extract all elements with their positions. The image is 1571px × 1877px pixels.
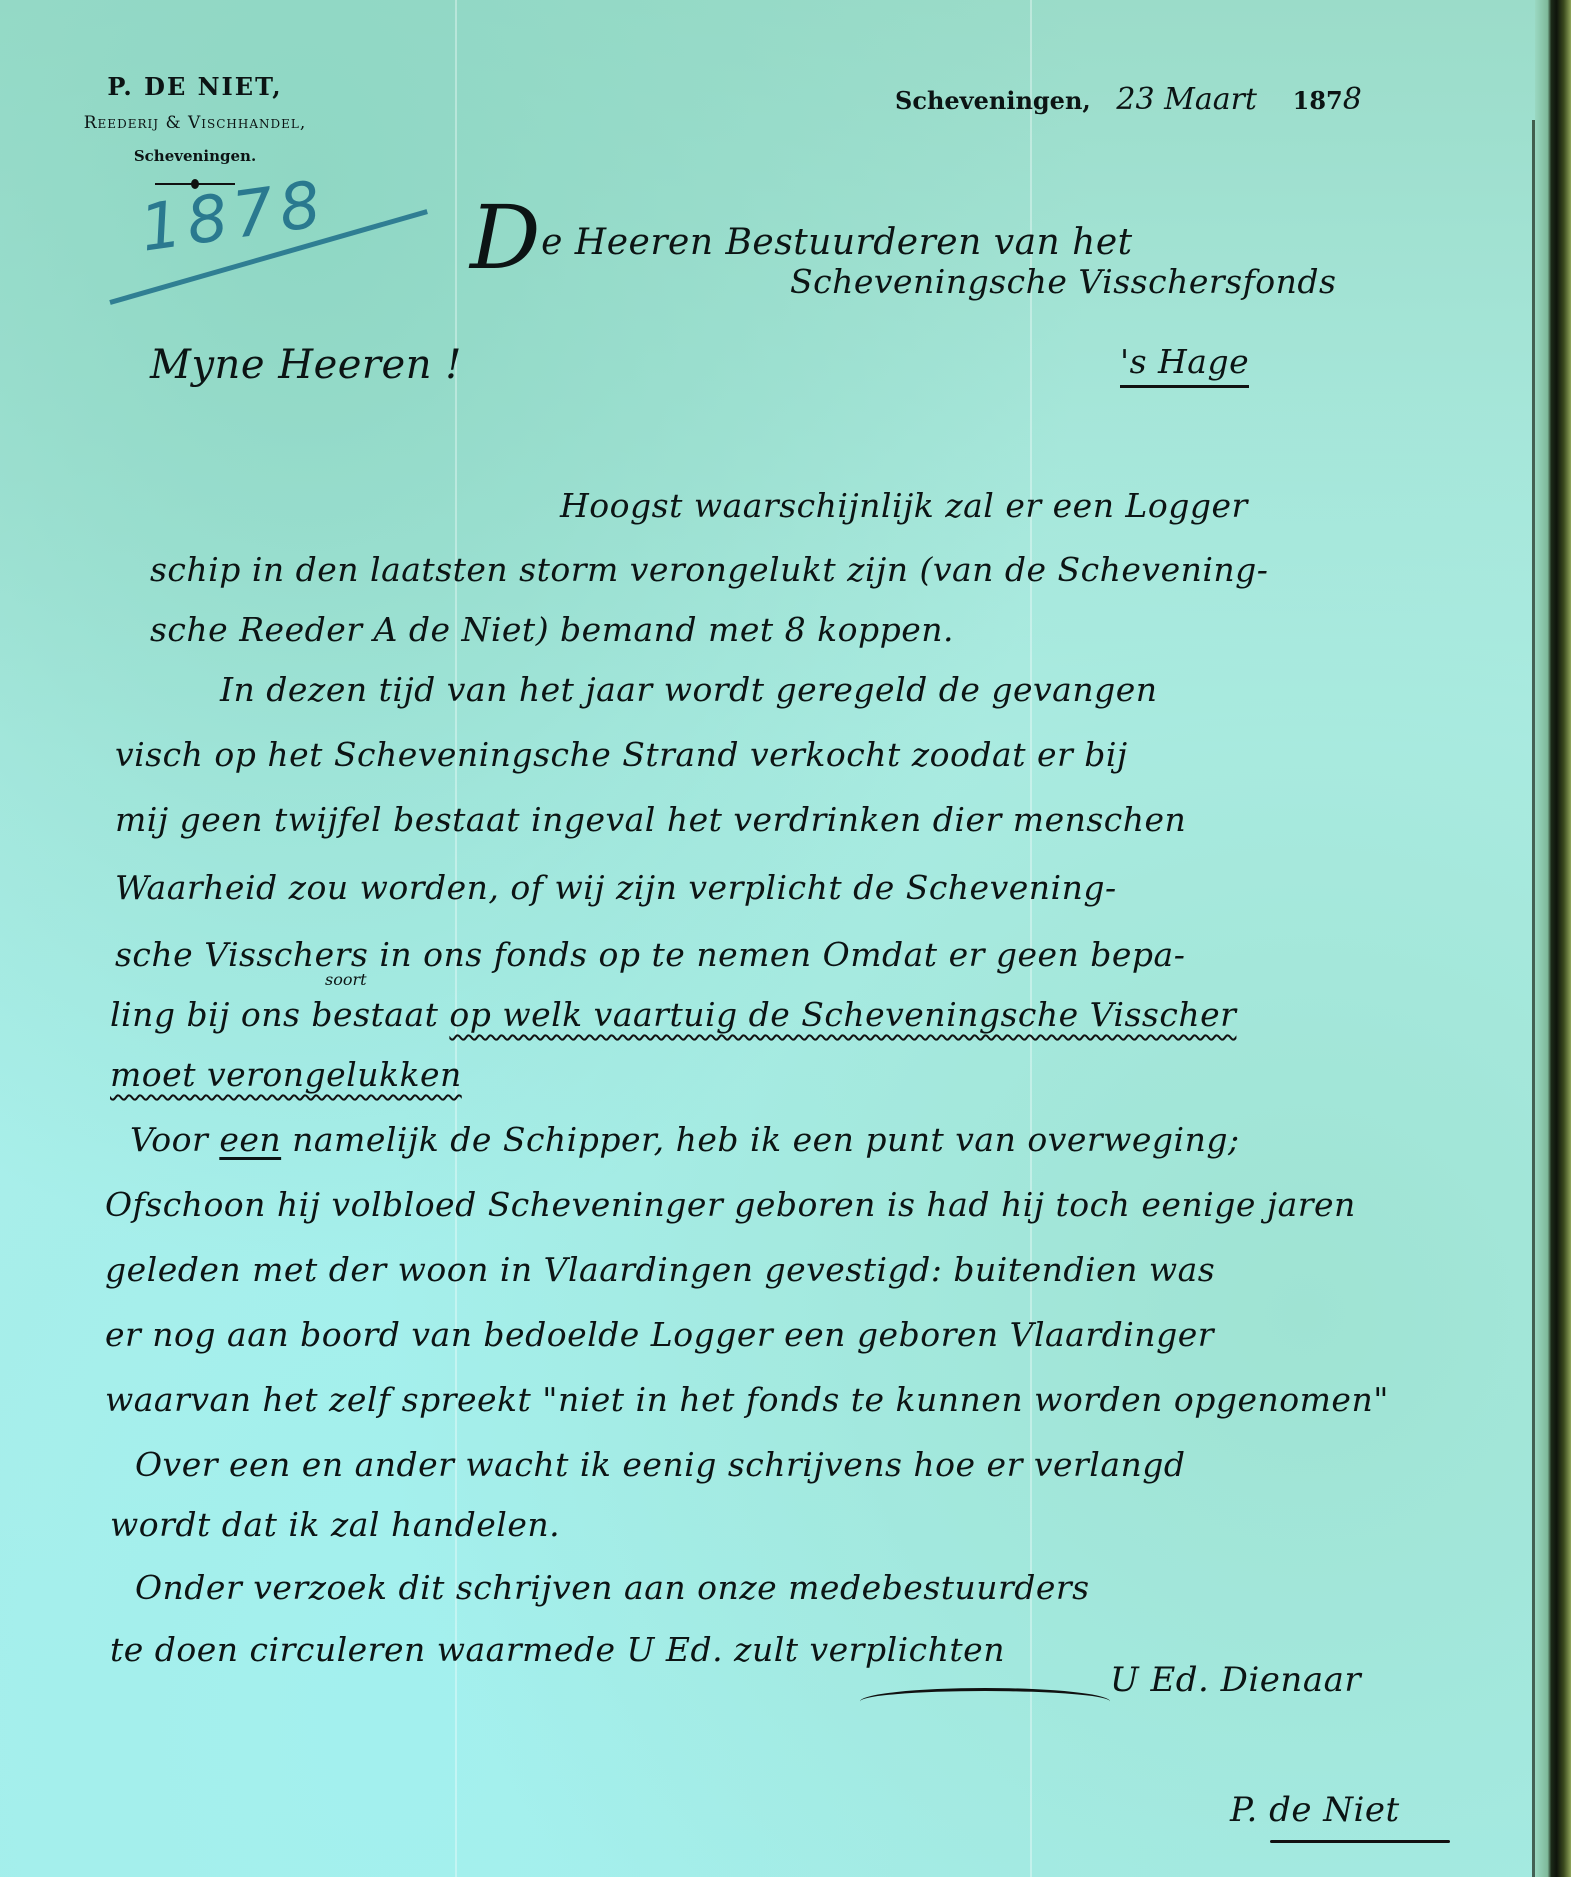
body-line: Over een en ander wacht ik eenig schrijv…: [135, 1445, 1186, 1484]
body-line: visch op het Scheveningsche Strand verko…: [115, 735, 1128, 774]
closing: U Ed. Dienaar: [1110, 1660, 1361, 1700]
body-line: ling bij ons bestaat op welk vaartuig de…: [110, 995, 1236, 1034]
body-line: wordt dat ik zal handelen.: [110, 1505, 560, 1544]
salutation: Myne Heeren !: [150, 342, 462, 388]
underlined-phrase: op welk vaartuig de Scheveningsche Vissc…: [449, 995, 1236, 1034]
addressee-initial: D: [470, 186, 541, 289]
addressee-line-3: 's Hage: [1120, 342, 1249, 381]
body-line: mij geen twijfel bestaat ingeval het ver…: [115, 800, 1186, 839]
dateline-year-handwritten: 8: [1343, 82, 1362, 117]
dateline-place: Scheveningen,: [895, 86, 1091, 115]
body-line: moet verongelukken: [110, 1055, 462, 1094]
closing-flourish-icon: [860, 1688, 1110, 1715]
body-line: Waarheid zou worden, of wij zijn verplic…: [115, 868, 1117, 907]
dateline-date: 23 Maart: [1116, 82, 1257, 117]
addressee-line-2: Scheveningsche Visschersfonds: [790, 262, 1336, 301]
body-line: Ofschoon hij volbloed Scheveninger gebor…: [105, 1185, 1356, 1224]
letterhead-trade: Reederij & Vischhandel,: [40, 113, 350, 133]
body-line: In dezen tijd van het jaar wordt geregel…: [220, 670, 1158, 709]
body-line: te doen circuleren waarmede U Ed. zult v…: [110, 1630, 1005, 1669]
body-line: schip in den laatsten storm verongelukt …: [150, 550, 1268, 589]
interlinear-insertion: soort: [325, 970, 367, 989]
signature-flourish-icon: [1270, 1840, 1450, 1843]
body-line: geleden met der woon in Vlaardingen geve…: [105, 1250, 1215, 1289]
body-line: Voor een namelijk de Schipper, heb ik ee…: [130, 1120, 1240, 1159]
body-line: waarvan het zelf spreekt "niet in het fo…: [105, 1380, 1389, 1419]
body-line: er nog aan boord van bedoelde Logger een…: [105, 1315, 1214, 1354]
body-line: Hoogst waarschijnlijk zal er een Logger: [560, 486, 1248, 525]
body-line: Onder verzoek dit schrijven aan onze med…: [135, 1568, 1090, 1607]
signature: P. de Niet: [1230, 1790, 1400, 1830]
letterhead-city: Scheveningen.: [40, 147, 350, 165]
book-binding: [1535, 0, 1571, 1877]
letterhead-name: P. DE NIET,: [40, 72, 350, 101]
body-line: sche Reeder A de Niet) bemand met 8 kopp…: [150, 610, 954, 649]
dateline-year-printed: 187: [1293, 86, 1343, 115]
underlined-phrase: moet verongelukken: [110, 1055, 462, 1094]
underlined-word: een: [219, 1120, 281, 1159]
body-line: sche Visschers in ons fonds op te nemen …: [115, 935, 1185, 974]
dateline: Scheveningen, 23 Maart 1878: [895, 82, 1362, 117]
